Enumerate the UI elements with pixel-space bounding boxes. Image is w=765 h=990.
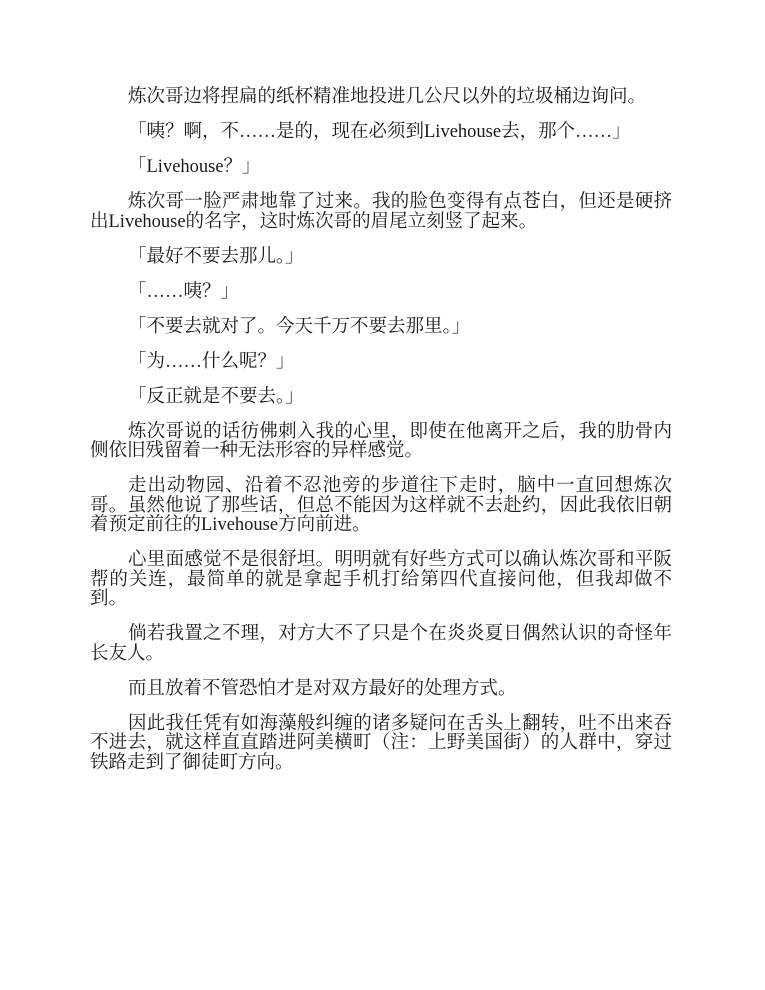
paragraph-dialog: 「……咦？」 xyxy=(90,283,672,303)
paragraph-dialog: 「咦？啊，不……是的，现在必须到Livehouse去，那个……」 xyxy=(90,123,672,143)
paragraph-narration: 因此我任凭有如海藻般纠缠的诸多疑问在舌头上翻转，吐不出来吞不进去，就这样直直踏进… xyxy=(90,715,672,774)
paragraph-dialog: 「为……什么呢？」 xyxy=(90,353,672,373)
paragraph-narration: 倘若我置之不理，对方大不了只是个在炎炎夏日偶然认识的奇怪年长友人。 xyxy=(90,625,672,664)
paragraph-narration: 而且放着不管恐怕才是对双方最好的处理方式。 xyxy=(90,680,672,700)
document-page: 炼次哥边将捏扁的纸杯精准地投进几公尺以外的垃圾桶边询问。 「咦？啊，不……是的，… xyxy=(90,88,672,789)
paragraph-narration: 炼次哥一脸严肃地靠了过来。我的脸色变得有点苍白，但还是硬挤出Livehouse的… xyxy=(90,193,672,232)
paragraph-dialog: 「不要去就对了。今天千万不要去那里。」 xyxy=(90,318,672,338)
paragraph-narration: 炼次哥边将捏扁的纸杯精准地投进几公尺以外的垃圾桶边询问。 xyxy=(90,88,672,108)
paragraph-dialog: 「反正就是不要去。」 xyxy=(90,388,672,408)
paragraph-narration: 心里面感觉不是很舒坦。明明就有好些方式可以确认炼次哥和平阪帮的关连，最简单的就是… xyxy=(90,551,672,610)
paragraph-narration: 炼次哥说的话彷佛刺入我的心里，即使在他离开之后，我的肋骨内侧依旧残留着一种无法形… xyxy=(90,423,672,462)
paragraph-narration: 走出动物园、沿着不忍池旁的步道往下走时，脑中一直回想炼次哥。虽然他说了那些话，但… xyxy=(90,477,672,536)
paragraph-dialog: 「最好不要去那儿。」 xyxy=(90,248,672,268)
paragraph-dialog: 「Livehouse？」 xyxy=(90,158,672,178)
